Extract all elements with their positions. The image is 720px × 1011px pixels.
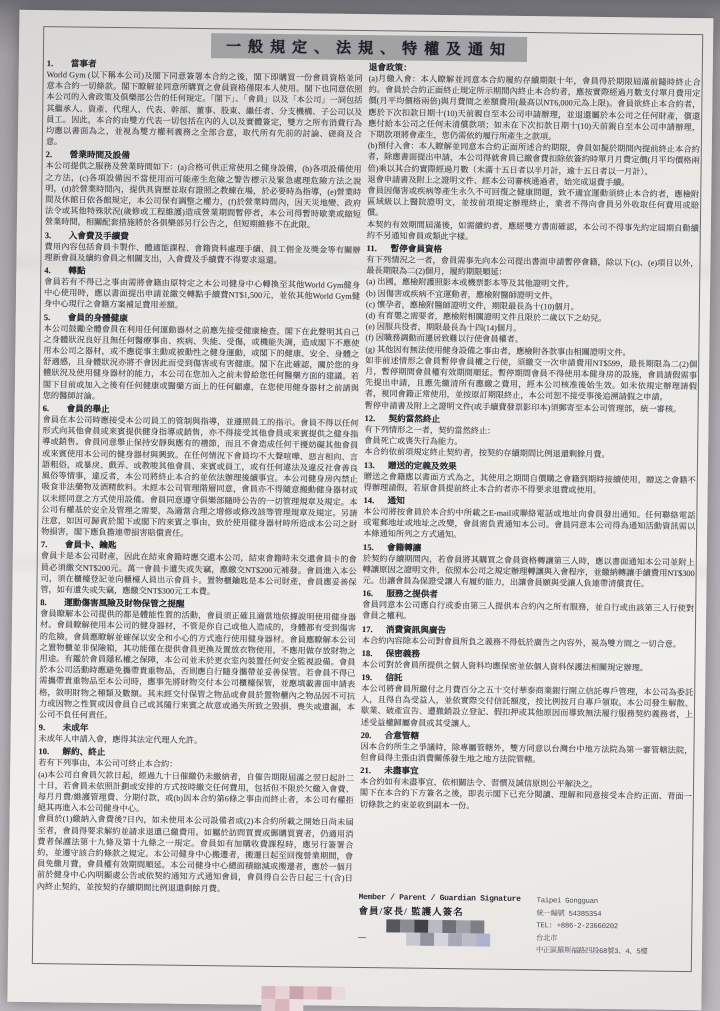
redacted-stamp — [261, 986, 345, 1011]
section-paragraph: 本公司提供之服務及營業時間如下：(a)合格可供正常使用之健身設備，(b)各項設備… — [45, 161, 362, 232]
section-paragraph: 本契約有效期間屆滿後，如需續約者，應經雙方書面確認，本公司不得事先約定屆期自動續… — [367, 219, 699, 245]
contract-section: 15.會籍轉讓於契約存續期間內，若會員將其購買之會員資格轉讓第三人時，應以書面通… — [362, 541, 695, 591]
contract-section: 19.信託本公司將會員所繳付之月費百分之五十交付華泰商業銀行開立信託專戶管理，本… — [361, 671, 694, 732]
contract-section: 14.通知本公司將按會員於本合約中所載之E-mail或聯絡電話或地址向會員發出通… — [363, 494, 696, 544]
contract-section: 17.消費資訊與廣告本合約內容除本公司對會員所負之義務不得低於廣告之內容外，視為… — [362, 623, 694, 650]
section-paragraph: 會員因傷害或疾病等產生永久不可回復之健康問題，致不適宜運動須終止本合約者，應檢附… — [367, 185, 699, 223]
section-paragraph: 因本合約所生之爭議時，除專屬管轄外，雙方同意以台灣台中地方法院為第一審管轄法院，… — [360, 741, 692, 767]
section-paragraph: 如非前述情形之會員暫停會員權之行使，須繳交一次申請費用NT$599，最長期限為二… — [365, 355, 698, 404]
section-paragraph: 會員若有不得已之事由需將會籍由原特定之本公司健身中心轉換至其他World Gym… — [44, 276, 360, 313]
section-paragraph: (a)月繳入會：本人瞭解並同意本合約履約存續期限十年，會員得於期限屆滿前隨時終止… — [368, 73, 701, 144]
company-info-block: Taipei Gongguan 統一編號 54385354 TEL: +886-… — [536, 895, 693, 971]
contract-section: 4.轉點會員若有不得已之事由需將會籍由原特定之本公司健身中心轉換至其他World… — [44, 264, 361, 313]
section-paragraph: 贈送之會籍應以書面方式為之，其使用之期間自價購之會籍到期時接續使用，贈送之會籍不… — [364, 471, 696, 497]
section-paragraph: 費用內容包括會員卡製作、體適能課程、會籍資料處理手續、員工佣金及獎金等有關辦理新… — [44, 241, 360, 267]
paper-sheet: 一般規定、法規、特權及通知 1.當事者World Gym (以下稱本公司)及閣下… — [7, 10, 713, 1010]
contract-section: 5.會員的身體健康本公司鼓勵全體會員在利用任何運動器材之前應先接受健康檢查。閣下… — [43, 311, 360, 405]
contract-section: 6.會員的舉止會員在本公司時應接受本公司員工的管制與指導，並遵照員工的指示。會員… — [41, 402, 359, 541]
section-paragraph: 會員卡是本公司財產，因此在結束會籍時應交還本公司，結束會籍時未交還會員卡的會員必… — [40, 550, 357, 599]
company-address: 中正區羅斯福路四段68號3、4、5樓 — [536, 945, 692, 959]
contract-column-right: 退會政策：(a)月繳入會：本人瞭解並同意本合約履約存續期限十年，會員得於期限屆滿… — [359, 61, 701, 893]
contract-section: 13.贈送的定義及效果贈送之會籍應以書面方式為之，其使用之期間自價購之會籍到期時… — [364, 459, 696, 497]
contract-section: 2.營業時間及設備本公司提供之服務及營業時間如下：(a)合格可供正常使用之健身設… — [45, 149, 362, 232]
contract-section: 12.契約當然終止有下列情形之一者，契約當然終止：會員死亡或喪失行為能力。本合約… — [364, 412, 697, 462]
contract-column-left: 1.當事者World Gym (以下稱本公司)及閣下同意簽署本合約之後，閣下即購… — [36, 57, 363, 961]
redacted-signature — [406, 933, 490, 947]
contract-section: 11.暫停會員資格有下列情況之一者，會員需事先向本公司提出書面申請暫停會籍，除以… — [365, 242, 699, 415]
divider — [358, 937, 366, 938]
contract-section: 20.合意管轄因本合約所生之爭議時，除專屬管轄外，雙方同意以台灣台中地方法院為第… — [360, 729, 692, 767]
signature-area: Member / Parent / Guardian Signature 會員/… — [358, 893, 693, 971]
contract-section: 9.未成年未成年人申請入會，應得其法定代理人允許。 — [39, 721, 355, 748]
section-paragraph: 會員在本公司時應接受本公司員工的管制與指導，並遵照員工的指示。會員不得以任何形式… — [41, 414, 358, 541]
contract-section: 3.入會費及手續費費用內容包括會員卡製作、體適能課程、會籍資料處理手續、員工佣金… — [44, 229, 360, 267]
section-paragraph: World Gym (以下稱本公司)及閣下同意簽署本合約之後，閣下即購買一份會員… — [46, 69, 363, 151]
scanned-contract-page: 一般規定、法規、特權及通知 1.當事者World Gym (以下稱本公司)及閣下… — [0, 0, 720, 1011]
contract-section: 1.當事者World Gym (以下稱本公司)及閣下同意簽署本合約之後，閣下即購… — [46, 57, 363, 151]
contract-section: 10.解約、終止若有下列事由，本公司可終止本合約：(a)本公司自會員欠款日起，經… — [37, 745, 355, 895]
contract-section: 18.保密義務本公司對於會員所提供之個人資料均應保密並依個人資料保護法相關規定辦… — [361, 647, 693, 674]
page-title: 一般規定、法規、特權及通知 — [211, 33, 527, 62]
section-paragraph: 會員同意本公司應自行或委由第三人提供本合約內之所有服務，並自行或由該第三人行使對… — [362, 599, 694, 625]
signature-label-chinese: 會員/家長/ 監護人簽名 — [358, 903, 536, 919]
section-paragraph: 本公司將會員所繳付之月費百分之五十交付華泰商業銀行開立信託專戶管理，本公司為委託… — [361, 683, 694, 732]
section-paragraph: 本公司鼓勵全體會員在利用任何運動器材之前應先接受健康檢查。閣下在此聲明其自己之身… — [43, 323, 360, 405]
contract-section: 退會政策：(a)月繳入會：本人瞭解並同意本合約履約存續期限十年，會員得於期限屆滿… — [367, 61, 701, 245]
redacted-signature — [386, 919, 484, 933]
contract-section: 21.未盡事宜本合約如有未盡事宜，依相關法令、習慣及誠信原則公平解決之。閣下在本… — [360, 764, 693, 814]
section-paragraph: 本公司將按會員於本合約中所載之E-mail或聯絡電話或地址向會員發出通知。任何聯… — [363, 506, 695, 544]
contract-section: 16.服務之提供者會員同意本公司應自行或委由第三人提供本合約內之所有服務，並自行… — [362, 587, 694, 625]
section-paragraph: 於契約存續期間內，若會員將其購買之會員資格轉讓第三人時，應以書面通知本公司並附上… — [362, 553, 694, 591]
company-phone: TEL: +886-2-23660202 — [536, 920, 692, 934]
contract-section: 7.會員卡、鑰匙會員卡是本公司財產，因此在結束會籍時應交還本公司，結束會籍時未交… — [40, 538, 357, 599]
section-paragraph: 會員於(1)繳納入會費後7日內，如未使用本公司設備者或(2)本合約所載之開始日尚… — [37, 813, 354, 895]
section-paragraph: 閣下在本合約下方簽名之後，即表示閣下已充分閱讀、理解和同意接受本合約正面、背面一… — [360, 787, 692, 813]
section-paragraph: (b)預付入會：本人瞭解並同意本合約正面所述合約期限，會員如擬於期間內提前終止本… — [368, 140, 700, 178]
section-paragraph: 會員瞭解本公司提供的都是體能性質的活動，會員須正確且適當地依據說明使用健身器材。… — [39, 608, 356, 724]
contract-section: 8.運動傷害風險及財物保管之提醒會員瞭解本公司提供的都是體能性質的活動，會員須正… — [39, 596, 356, 724]
section-paragraph: (a)本公司自會員欠款日起，經過九十日催繳仍未繳納者，自催告期限屆滿之翌日起計二… — [38, 769, 355, 818]
company-name: Taipei Gongguan — [537, 895, 693, 909]
